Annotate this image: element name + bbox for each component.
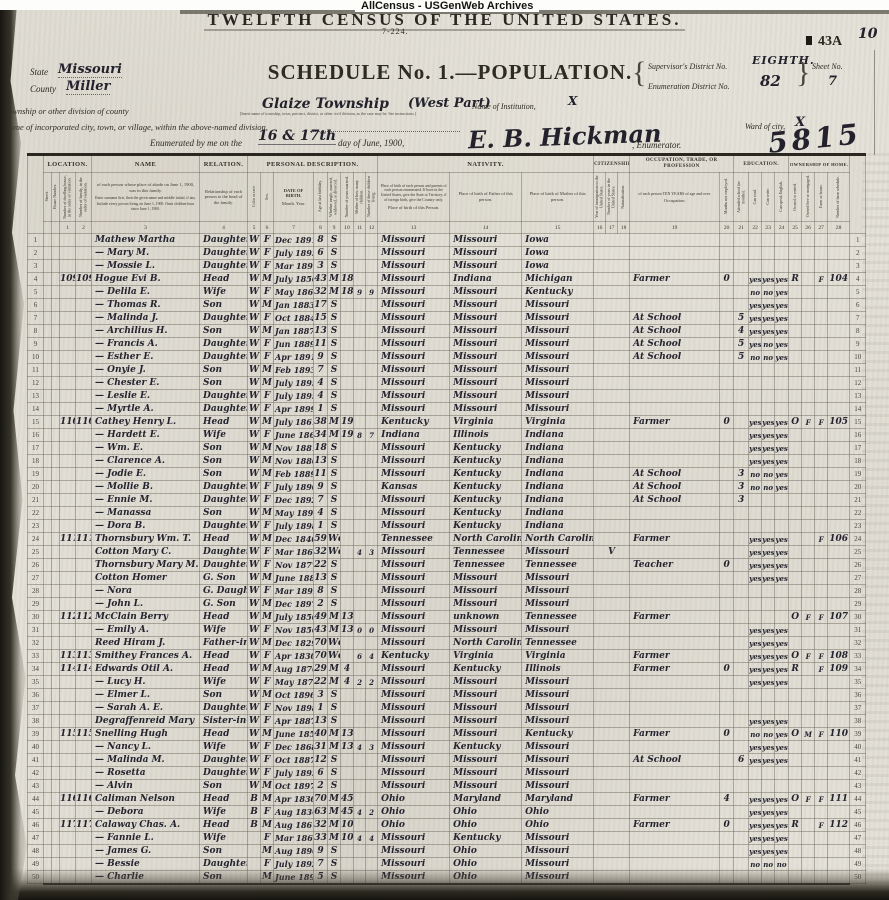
row-number: 18 bbox=[850, 455, 866, 468]
marital-status: S bbox=[328, 598, 341, 611]
free-mortgaged bbox=[802, 520, 815, 533]
marital-status: S bbox=[328, 260, 341, 273]
marital-status: M bbox=[328, 624, 341, 637]
occupation bbox=[630, 780, 720, 793]
citizenship bbox=[594, 260, 630, 273]
birth-date: May 1896 bbox=[274, 507, 314, 520]
dob-month-year: Month. Year. bbox=[274, 200, 313, 208]
cell bbox=[52, 455, 60, 468]
birthplace: Missouri bbox=[378, 676, 450, 689]
cell bbox=[44, 728, 52, 741]
table-row: 49— BessieDaughterFJuly 18927SMissouriOh… bbox=[28, 858, 866, 871]
father-birthplace: North Carolina bbox=[450, 637, 522, 650]
family-number: 114 bbox=[76, 663, 92, 676]
mother-of bbox=[354, 845, 366, 858]
attended-school bbox=[734, 715, 749, 728]
years-married bbox=[341, 559, 354, 572]
age: 11 bbox=[314, 338, 328, 351]
birthplace: Missouri bbox=[378, 377, 450, 390]
owned-rented bbox=[789, 507, 802, 520]
attended-school bbox=[734, 676, 749, 689]
speak-english bbox=[775, 780, 789, 793]
person-name: — Archilius H. bbox=[92, 325, 200, 338]
race: W bbox=[248, 416, 261, 429]
dwelling-number bbox=[60, 624, 76, 637]
can-read: no bbox=[749, 286, 762, 299]
can-read: yes bbox=[749, 624, 762, 637]
birth-date: July 1856 bbox=[274, 273, 314, 286]
row-number: 30 bbox=[28, 611, 44, 624]
birthplace: Missouri bbox=[378, 663, 450, 676]
marital-status: M bbox=[328, 741, 341, 754]
years-married bbox=[341, 299, 354, 312]
speak-english: yes bbox=[775, 663, 789, 676]
birth-date: Dec 1829 bbox=[274, 637, 314, 650]
father-birthplace: Kentucky bbox=[450, 494, 522, 507]
table-row: 9— Francis A.DaughterWFJun 188911SMissou… bbox=[28, 338, 866, 351]
father-birthplace: Missouri bbox=[450, 624, 522, 637]
can-write: yes bbox=[762, 455, 775, 468]
farm-schedule bbox=[828, 247, 850, 260]
farm-schedule bbox=[828, 338, 850, 351]
person-name: — Bessie bbox=[92, 858, 200, 871]
free-mortgaged bbox=[802, 351, 815, 364]
age: 32 bbox=[314, 286, 328, 299]
birthplace: Missouri bbox=[378, 364, 450, 377]
family-number bbox=[76, 429, 92, 442]
speak-english: yes bbox=[775, 793, 789, 806]
birth-date: Aug 1836 bbox=[274, 806, 314, 819]
row-number: 14 bbox=[28, 403, 44, 416]
years-married bbox=[341, 637, 354, 650]
farm-schedule bbox=[828, 598, 850, 611]
occupation bbox=[630, 546, 720, 559]
can-read: yes bbox=[749, 572, 762, 585]
row-number: 11 bbox=[28, 364, 44, 377]
owned-rented bbox=[789, 702, 802, 715]
farm-schedule: 107 bbox=[828, 611, 850, 624]
age: 13 bbox=[314, 572, 328, 585]
father-birthplace: Missouri bbox=[450, 585, 522, 598]
farm-schedule bbox=[828, 689, 850, 702]
years-married bbox=[341, 650, 354, 663]
dwelling-number bbox=[60, 689, 76, 702]
months-not-employed bbox=[720, 429, 734, 442]
mother-of: 4 bbox=[354, 741, 366, 754]
row-number: 41 bbox=[850, 754, 866, 767]
farm-house bbox=[815, 286, 828, 299]
cell bbox=[52, 572, 60, 585]
can-write bbox=[762, 234, 775, 247]
enumeration-district-label: Enumeration District No. bbox=[648, 82, 730, 91]
sex: F bbox=[261, 403, 274, 416]
citizenship bbox=[594, 793, 630, 806]
age: 70 bbox=[314, 793, 328, 806]
attended-school bbox=[734, 598, 749, 611]
attended-school bbox=[734, 403, 749, 416]
cell bbox=[44, 325, 52, 338]
attended-school bbox=[734, 793, 749, 806]
children-living bbox=[366, 364, 378, 377]
years-married: 4 bbox=[341, 663, 354, 676]
mother-of bbox=[354, 299, 366, 312]
occupation bbox=[630, 260, 720, 273]
father-birthplace: Missouri bbox=[450, 689, 522, 702]
children-living bbox=[366, 260, 378, 273]
cell bbox=[52, 871, 60, 884]
can-write: no bbox=[762, 858, 775, 871]
cell bbox=[52, 624, 60, 637]
column-number: 27 bbox=[815, 222, 828, 234]
family-number bbox=[76, 520, 92, 533]
relation: Head bbox=[200, 533, 248, 546]
person-name: — Lucy H. bbox=[92, 676, 200, 689]
dwelling-number bbox=[60, 754, 76, 767]
birthplace: Missouri bbox=[378, 689, 450, 702]
family-number bbox=[76, 403, 92, 416]
farm-schedule bbox=[828, 286, 850, 299]
col-mother-birthplace: Place of birth of Mother of this person. bbox=[522, 173, 594, 222]
dwelling-number bbox=[60, 403, 76, 416]
citizenship bbox=[594, 689, 630, 702]
attended-school bbox=[734, 533, 749, 546]
census-table: LOCATION. NAME RELATION. PERSONAL DESCRI… bbox=[27, 153, 866, 885]
sex: M bbox=[261, 819, 274, 832]
children-living bbox=[366, 481, 378, 494]
marital-status: S bbox=[328, 494, 341, 507]
birthplace: Missouri bbox=[378, 234, 450, 247]
race: W bbox=[248, 728, 261, 741]
sex: M bbox=[261, 637, 274, 650]
citizenship bbox=[594, 858, 630, 871]
family-number: 116 bbox=[76, 793, 92, 806]
dwelling-number: 117 bbox=[60, 819, 76, 832]
attended-school: 3 bbox=[734, 481, 749, 494]
birthplace: Missouri bbox=[378, 286, 450, 299]
table-row: 38Degraffenreid MarySister-in-lawWFApr 1… bbox=[28, 715, 866, 728]
marital-status: M bbox=[328, 832, 341, 845]
years-married bbox=[341, 689, 354, 702]
can-read bbox=[749, 403, 762, 416]
father-birthplace: Ohio bbox=[450, 806, 522, 819]
row-number: 4 bbox=[850, 273, 866, 286]
row-number: 34 bbox=[28, 663, 44, 676]
father-birthplace: Virginia bbox=[450, 650, 522, 663]
children-living bbox=[366, 533, 378, 546]
header-name: NAME bbox=[92, 155, 200, 173]
relation: Wife bbox=[200, 624, 248, 637]
mother-of bbox=[354, 442, 366, 455]
dwelling-number bbox=[60, 481, 76, 494]
can-read: yes bbox=[749, 442, 762, 455]
mother-of bbox=[354, 637, 366, 650]
table-row: 21— Ennie M.DaughterWFDec 18927SMissouri… bbox=[28, 494, 866, 507]
children-living bbox=[366, 390, 378, 403]
race: W bbox=[248, 234, 261, 247]
citizenship bbox=[594, 286, 630, 299]
col-occupation: of each person TEN YEARS of age and over… bbox=[630, 173, 720, 222]
speak-english: yes bbox=[775, 546, 789, 559]
mother-of bbox=[354, 715, 366, 728]
mother-of bbox=[354, 416, 366, 429]
mother-of bbox=[354, 325, 366, 338]
mother-birthplace: Missouri bbox=[522, 351, 594, 364]
family-number bbox=[76, 780, 92, 793]
can-write bbox=[762, 871, 775, 884]
occupation: Farmer bbox=[630, 611, 720, 624]
free-mortgaged bbox=[802, 676, 815, 689]
row-number: 6 bbox=[28, 299, 44, 312]
family-number bbox=[76, 507, 92, 520]
age: 4 bbox=[314, 390, 328, 403]
person-name: — James G. bbox=[92, 845, 200, 858]
occupation: Farmer bbox=[630, 533, 720, 546]
race: W bbox=[248, 377, 261, 390]
occupation: At School bbox=[630, 481, 720, 494]
attended-school bbox=[734, 871, 749, 884]
citizenship bbox=[594, 585, 630, 598]
father-birthplace: Kentucky bbox=[450, 442, 522, 455]
family-number: 110 bbox=[76, 416, 92, 429]
farm-house: F bbox=[815, 793, 828, 806]
mother-birthplace: Iowa bbox=[522, 260, 594, 273]
table-row: 29— John L.G. SonWMDec 18972SMissouriMis… bbox=[28, 598, 866, 611]
row-number: 20 bbox=[28, 481, 44, 494]
col-children-living: Number of these children living. bbox=[366, 173, 378, 222]
can-write: yes bbox=[762, 442, 775, 455]
mother-birthplace: Missouri bbox=[522, 299, 594, 312]
cell bbox=[52, 650, 60, 663]
marital-status: M bbox=[328, 416, 341, 429]
father-birthplace: Missouri bbox=[450, 377, 522, 390]
dwelling-number bbox=[60, 585, 76, 598]
attended-school bbox=[734, 286, 749, 299]
years-married bbox=[341, 520, 354, 533]
speak-english bbox=[775, 598, 789, 611]
farm-schedule: 110 bbox=[828, 728, 850, 741]
age: 17 bbox=[314, 299, 328, 312]
speak-english: yes bbox=[775, 637, 789, 650]
row-number: 3 bbox=[28, 260, 44, 273]
years-married bbox=[341, 260, 354, 273]
attended-school bbox=[734, 845, 749, 858]
mother-birthplace: Tennessee bbox=[522, 637, 594, 650]
children-living: 4 bbox=[366, 650, 378, 663]
mother-birthplace: Missouri bbox=[522, 689, 594, 702]
can-write: yes bbox=[762, 533, 775, 546]
mother-birthplace: Indiana bbox=[522, 494, 594, 507]
row-number: 8 bbox=[850, 325, 866, 338]
occupation: At School bbox=[630, 312, 720, 325]
age: 32 bbox=[314, 546, 328, 559]
age: 5 bbox=[314, 871, 328, 884]
cell bbox=[52, 715, 60, 728]
age: 13 bbox=[314, 455, 328, 468]
dwelling-number bbox=[60, 455, 76, 468]
cell bbox=[44, 390, 52, 403]
dwelling-number bbox=[60, 299, 76, 312]
can-write bbox=[762, 403, 775, 416]
mother-of bbox=[354, 494, 366, 507]
mother-of bbox=[354, 260, 366, 273]
citizenship bbox=[594, 728, 630, 741]
father-birthplace: Missouri bbox=[450, 780, 522, 793]
mother-birthplace: Missouri bbox=[522, 780, 594, 793]
years-married bbox=[341, 442, 354, 455]
can-write bbox=[762, 364, 775, 377]
mother-birthplace: Iowa bbox=[522, 234, 594, 247]
years-married bbox=[341, 585, 354, 598]
row-number: 43 bbox=[28, 780, 44, 793]
person-name: — Chester E. bbox=[92, 377, 200, 390]
birth-date: Apr 1887 bbox=[274, 715, 314, 728]
relation: Son bbox=[200, 780, 248, 793]
speak-english bbox=[775, 403, 789, 416]
mother-birthplace: Virginia bbox=[522, 650, 594, 663]
attended-school bbox=[734, 559, 749, 572]
children-living bbox=[366, 858, 378, 871]
citizenship bbox=[594, 377, 630, 390]
owned-rented bbox=[789, 481, 802, 494]
occupation bbox=[630, 286, 720, 299]
birthplace: Kansas bbox=[378, 481, 450, 494]
can-read: yes bbox=[749, 533, 762, 546]
cell bbox=[52, 390, 60, 403]
row-number: 15 bbox=[850, 416, 866, 429]
farm-house: F bbox=[815, 533, 828, 546]
owned-rented bbox=[789, 624, 802, 637]
cell bbox=[52, 598, 60, 611]
sex: M bbox=[261, 793, 274, 806]
birth-date: June 1894 bbox=[274, 871, 314, 884]
speak-english: yes bbox=[775, 416, 789, 429]
months-not-employed bbox=[720, 741, 734, 754]
farm-schedule bbox=[828, 390, 850, 403]
birth-date: Nov 1877 bbox=[274, 559, 314, 572]
can-read: no bbox=[749, 481, 762, 494]
citizenship bbox=[594, 442, 630, 455]
birthplace: Missouri bbox=[378, 611, 450, 624]
sex: F bbox=[261, 702, 274, 715]
birthplace: Missouri bbox=[378, 754, 450, 767]
dwelling-number bbox=[60, 494, 76, 507]
years-married: 45 bbox=[341, 793, 354, 806]
citizenship bbox=[594, 234, 630, 247]
cell bbox=[52, 416, 60, 429]
relation: Daughter bbox=[200, 338, 248, 351]
nativity-desc: Place of birth of each person and parent… bbox=[378, 183, 449, 204]
race: W bbox=[248, 312, 261, 325]
farm-house: F bbox=[815, 819, 828, 832]
children-living bbox=[366, 637, 378, 650]
mother-birthplace: Indiana bbox=[522, 455, 594, 468]
cell bbox=[52, 299, 60, 312]
birthplace: Missouri bbox=[378, 325, 450, 338]
marital-status: S bbox=[328, 234, 341, 247]
cell bbox=[52, 481, 60, 494]
cell bbox=[44, 611, 52, 624]
years-married bbox=[341, 598, 354, 611]
can-write: yes bbox=[762, 559, 775, 572]
relation: Head bbox=[200, 663, 248, 676]
speak-english bbox=[775, 390, 789, 403]
sex: F bbox=[261, 351, 274, 364]
cell bbox=[52, 767, 60, 780]
family-number bbox=[76, 845, 92, 858]
years-married bbox=[341, 715, 354, 728]
speak-english bbox=[775, 689, 789, 702]
dwelling-number bbox=[60, 546, 76, 559]
attended-school bbox=[734, 260, 749, 273]
race: W bbox=[248, 533, 261, 546]
person-name: — Debora bbox=[92, 806, 200, 819]
father-birthplace: Missouri bbox=[450, 390, 522, 403]
birth-date: June 1886 bbox=[274, 572, 314, 585]
family-number bbox=[76, 715, 92, 728]
row-number: 19 bbox=[28, 468, 44, 481]
birthplace: Kentucky bbox=[378, 650, 450, 663]
occupation-title: OCCUPATION, TRADE, OR PROFESSION bbox=[630, 157, 733, 172]
farm-schedule bbox=[828, 377, 850, 390]
family-number bbox=[76, 247, 92, 260]
table-row: 36— Elmer L.SonWMOct 18963SMissouriMisso… bbox=[28, 689, 866, 702]
birth-date: Jan 1887 bbox=[274, 325, 314, 338]
dwelling-number bbox=[60, 390, 76, 403]
can-write: yes bbox=[762, 806, 775, 819]
free-mortgaged bbox=[802, 338, 815, 351]
family-number bbox=[76, 559, 92, 572]
header-personal: PERSONAL DESCRIPTION. bbox=[248, 155, 378, 173]
children-living bbox=[366, 377, 378, 390]
cell bbox=[44, 819, 52, 832]
owned-rented bbox=[789, 494, 802, 507]
years-married bbox=[341, 468, 354, 481]
father-birthplace: Missouri bbox=[450, 767, 522, 780]
citizenship bbox=[594, 559, 630, 572]
race: W bbox=[248, 637, 261, 650]
age: 31 bbox=[314, 741, 328, 754]
can-write: no bbox=[762, 468, 775, 481]
race: W bbox=[248, 299, 261, 312]
can-write bbox=[762, 507, 775, 520]
table-row: 24111111Thornsbury Wm. T.HeadWMDec 18405… bbox=[28, 533, 866, 546]
city-label: Name of incorporated city, town, or vill… bbox=[4, 122, 268, 132]
free-mortgaged bbox=[802, 546, 815, 559]
row-number-margin bbox=[850, 155, 866, 234]
age: 49 bbox=[314, 611, 328, 624]
farm-schedule bbox=[828, 429, 850, 442]
relation: Daughter bbox=[200, 351, 248, 364]
column-number: 11 bbox=[354, 222, 366, 234]
occupation: At School bbox=[630, 351, 720, 364]
person-name: McClain Berry bbox=[92, 611, 200, 624]
sex: M bbox=[261, 572, 274, 585]
citizenship bbox=[594, 819, 630, 832]
col-sex: Sex. bbox=[261, 173, 274, 222]
age: 12 bbox=[314, 754, 328, 767]
row-number: 18 bbox=[28, 455, 44, 468]
col-can-read: Can read. bbox=[749, 173, 762, 222]
family-number bbox=[76, 364, 92, 377]
mother-of: 4 bbox=[354, 832, 366, 845]
children-living bbox=[366, 559, 378, 572]
age: 34 bbox=[314, 429, 328, 442]
attended-school: 5 bbox=[734, 338, 749, 351]
owned-rented bbox=[789, 299, 802, 312]
farm-house bbox=[815, 559, 828, 572]
mother-of bbox=[354, 455, 366, 468]
race: W bbox=[248, 676, 261, 689]
